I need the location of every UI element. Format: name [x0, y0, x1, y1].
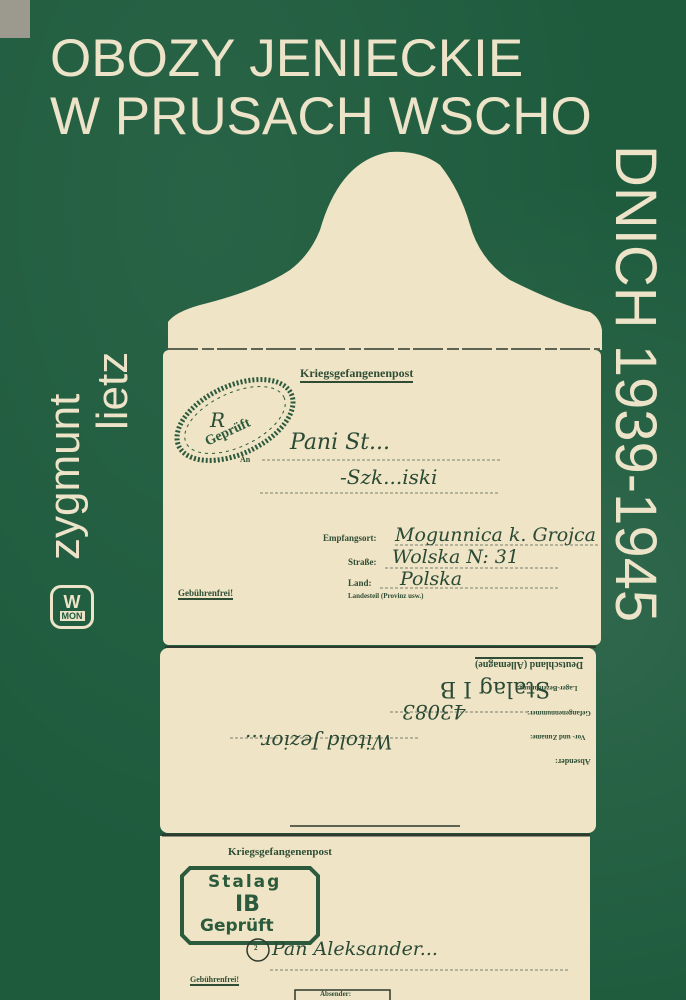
envelope-header: Kriegsgefangenenpost	[300, 366, 413, 383]
absender-label: Absender:	[555, 757, 591, 766]
land-label: Land:	[348, 578, 372, 588]
country-label: Deutschland (Allemagne)	[475, 657, 583, 670]
oval-stamp-mark: R	[210, 408, 225, 432]
logo-w: W	[64, 594, 81, 610]
addressee-line-1: Pani St...	[290, 430, 390, 455]
book-title: OBOZY JENIECKIE W PRUSACH WSCHO	[50, 30, 592, 146]
title-line-2: W PRUSACH WSCHO	[50, 88, 592, 146]
number-label: Gefangenennummer:	[527, 709, 591, 717]
addressee-line-2: -Szk...iski	[340, 465, 437, 489]
title-line-1: OBOZY JENIECKIE	[50, 30, 592, 88]
strasse-value: Wolska N: 31	[392, 546, 519, 568]
envelope2-gebuehrenfrei: Gebührenfrei!	[190, 975, 239, 986]
publisher-logo: W MON	[50, 585, 94, 629]
title-vertical: DNICH 1939-1945	[600, 145, 670, 635]
envelope2-addressee: Pan Aleksander...	[272, 938, 438, 960]
logo-mon: MON	[60, 611, 85, 621]
envelope2-header: Kriegsgefangenenpost	[228, 846, 332, 858]
envelope2-absender: Absender:	[320, 990, 351, 998]
empfangsort-value: Mogunnica k. Grojca	[395, 524, 596, 546]
land-value: Polska	[400, 568, 462, 590]
strasse-label: Straße:	[348, 557, 377, 567]
an-label: An	[240, 455, 250, 464]
rect-stamp-line1: Stalag	[208, 872, 281, 892]
empfangsort-label: Empfangsort:	[323, 533, 377, 543]
book-cover: Kriegsgefangenenpost Geprüft R An Pani S…	[0, 0, 686, 1000]
landesteil-label: Landesteil (Provinz usw.)	[348, 592, 424, 600]
gebuehrenfrei-label: Gebührenfrei!	[178, 588, 233, 600]
rect-stamp-line2: IB	[235, 892, 260, 917]
name-value: Witold Jezior...	[245, 730, 393, 754]
number-value: 43083	[402, 700, 466, 724]
name-label: Vor- und Zuname:	[530, 733, 586, 741]
circle-number: 2	[254, 944, 258, 952]
rect-stamp-line3: Geprüft	[200, 916, 274, 936]
lager-value: Stalag I B	[440, 676, 550, 701]
envelope-illustration	[0, 0, 686, 1000]
author-first-name: zygmunt	[40, 394, 90, 560]
author-last-name: lietz	[88, 352, 138, 430]
